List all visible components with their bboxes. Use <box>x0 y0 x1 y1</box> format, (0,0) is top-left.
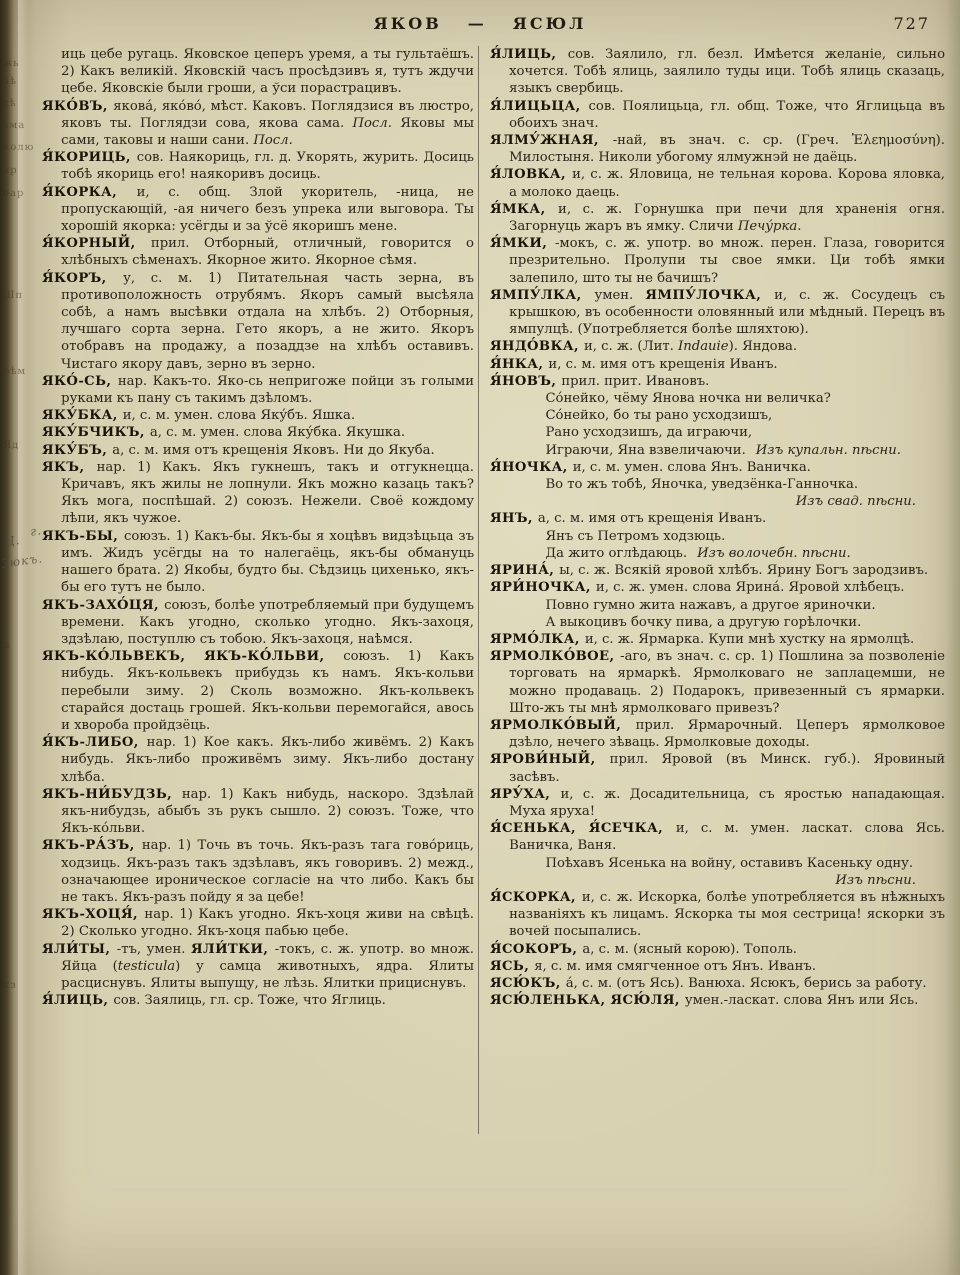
dictionary-entry: Я́ЛИЦЬЦА, сов. Поялицьца, гл. общ. Тоже,… <box>490 98 945 132</box>
verse-line: Со́нейко, чёму Янова ночка ни величка? <box>545 390 945 407</box>
dictionary-entry: Я́КОРИЦЬ, сов. Наякориць, гл. д. Укорять… <box>42 149 474 183</box>
dictionary-entry: ЯКО́ВЪ, якова́, яко́во́, мѣст. Каковъ. П… <box>42 98 474 150</box>
dictionary-entry: ЯКЪ, нар. 1) Какъ. Якъ гукнешъ, такъ и о… <box>42 459 474 528</box>
headword: ЯКЪ-НИ́БУДЗЬ, <box>42 787 182 802</box>
dictionary-entry: ЯРМО́ЛКА, и, с. ж. Ярмарка. Купи мнѣ хус… <box>490 631 945 648</box>
entry-text: а, с. м. имя отъ крещенія Яковъ. Ни до Я… <box>112 443 435 458</box>
headword: Я́ЛОВКА, <box>490 167 572 182</box>
dictionary-entry: Я́СОКОРЪ, а, с. м. (ясный корою). Тополь… <box>490 941 945 958</box>
dictionary-entry: ЯРОВИ́НЫЙ, прил. Яровой (въ Минск. губ.)… <box>490 751 945 785</box>
dictionary-entry: ЯСЬ, я, с. м. имя смягченное отъ Янъ. Ив… <box>490 958 945 975</box>
headword: ЯКЪ, <box>42 460 97 475</box>
entry-text: а, с. м. имя отъ крещенія Иванъ. <box>538 511 766 526</box>
verse-text: Со́нейко, бо ты рано усходзишъ, <box>545 408 772 423</box>
verse-line: Повно гумно жита нажавъ, а другое яриноч… <box>545 597 945 614</box>
verse-line: Да жито оглѣдаюць.Изъ волочебн. пѣсни. <box>545 545 945 562</box>
headword: Я́СКОРКА, <box>490 890 582 905</box>
verse-text: Поѣхавъ Ясенька на войну, оставивъ Касен… <box>545 856 913 871</box>
headword: Я́КОРЪ, <box>42 271 123 286</box>
dictionary-entry: ЯКЪ-БЫ, союзъ. 1) Какъ-бы. Якъ-бы я хоцѣ… <box>42 528 474 597</box>
entry-text: прил. прит. Ивановъ. <box>561 374 709 389</box>
entry-text: у, с. м. 1) Питательная часть зерна, въ … <box>61 271 474 372</box>
headword: ЯНДО́ВКА, <box>490 339 584 354</box>
gutter-text-fragment: жь <box>3 58 20 69</box>
entry-text: нар. 1) Какъ. Якъ гукнешъ, такъ и отгукн… <box>61 460 474 527</box>
dictionary-entry: Я́ЛИЦЬ, сов. Заялило, гл. безл. Имѣется … <box>490 46 945 98</box>
entry-italic-text: testicula <box>118 959 175 974</box>
entry-italic-text: Indauie <box>678 339 729 354</box>
dictionary-entry: ЯКУ́БЧИКЪ, а, с. м. умен. слова Яку́бка.… <box>42 424 474 441</box>
headword: ЯЛИ́ТЫ, <box>42 942 117 957</box>
running-title-left-word: ЯКОВ <box>374 14 442 33</box>
verse-quotation: Янъ съ Петромъ ходзюць.Да жито оглѣдаюць… <box>490 528 945 562</box>
dictionary-entry: ЯЛМУ́ЖНАЯ, -най, въ знач. с. ср. (Греч. … <box>490 132 945 166</box>
verse-text: Во то жъ тобѣ, Яночка, уведзёнка-Ганночк… <box>545 477 858 492</box>
verse-line: А выкоцивъ бочку пива, а другую горѣлочк… <box>545 614 945 631</box>
handwritten-margin-note: Ц. <box>3 533 21 549</box>
dictionary-entry: ЯКЪ-НИ́БУДЗЬ, нар. 1) Какъ нибудь, наско… <box>42 786 474 838</box>
dictionary-entry: Я́МКИ, -мокъ, с. ж. употр. во множ. пере… <box>490 235 945 287</box>
verse-source: Изъ волочебн. пѣсни. <box>697 546 851 561</box>
headword: Я́МКИ, <box>490 236 555 251</box>
dictionary-entry: Я́ЛИЦЬ, сов. Заялиць, гл. ср. Тоже, что … <box>42 992 474 1009</box>
entry-text: и, с. ж. Яловица, не тельная корова. Кор… <box>509 167 945 199</box>
headword: ЯКУ́БЧИКЪ, <box>42 425 150 440</box>
gutter-text-fragment: яр <box>3 165 18 176</box>
verse-line: Изъ свад. пѣсни. <box>545 493 945 510</box>
verse-text: Повно гумно жита нажавъ, а другое яриноч… <box>545 598 875 613</box>
gutter-text-fragment: Шп <box>3 290 23 301</box>
dictionary-entry: ЯМПУ́ЛКА, умен. ЯМПУ́ЛОЧКА, и, с. ж. Сос… <box>490 287 945 339</box>
dictionary-entry: Я́КЪ-ЛИБО, нар. 1) Кое какъ. Якъ-либо жи… <box>42 734 474 786</box>
gutter-text-fragment: аѣ <box>3 76 17 87</box>
entry-text: а́, с. м. (отъ Ясь). Ванюха. Ясюкъ, бери… <box>566 976 927 991</box>
verse-text: Янъ съ Петромъ ходзюць. <box>545 529 725 544</box>
column-right: Я́ЛИЦЬ, сов. Заялило, гл. безл. Имѣется … <box>490 46 945 1009</box>
dictionary-entry: Я́КОРКА, и, с. общ. Злой укоритель, -ниц… <box>42 184 474 236</box>
headword-secondary: ЯЛИ́ТКИ, <box>191 942 275 957</box>
headword: Я́СОКОРЪ, <box>490 942 582 957</box>
dictionary-page: ЯКОВ—ЯСЮЛ 727 иць цебе ругаць. Яковское … <box>0 0 960 1275</box>
headword: ЯРМОЛКО́ВЫЙ, <box>490 718 636 733</box>
verse-line: Во то жъ тобѣ, Яночка, уведзёнка-Ганночк… <box>545 476 945 493</box>
verse-quotation: Во то жъ тобѣ, Яночка, уведзёнка-Ганночк… <box>490 476 945 510</box>
headword: ЯКУ́БЪ, <box>42 443 112 458</box>
entry-text: . <box>797 219 801 234</box>
headword: Я́ЛИЦЬ, <box>42 993 113 1008</box>
entry-text: и, с. ж. умен. слова Ярина́. Яровой хлѣб… <box>596 580 905 595</box>
headword: Я́КОРКА, <box>42 185 137 200</box>
dictionary-entry: ЯРМОЛКО́ВОЕ, -аго, въ знач. с. ср. 1) По… <box>490 648 945 717</box>
entry-text: и, с. ж. Ярмарка. Купи мнѣ хустку на ярм… <box>585 632 914 647</box>
dictionary-entry: Я́МКА, и, с. ж. Горнушка при печи для хр… <box>490 201 945 235</box>
dictionary-entry: ЯКУ́БКА, и, с. м. умен. слова Яку́бъ. Яш… <box>42 407 474 424</box>
dictionary-entry: ЯСЮ́КЪ, а́, с. м. (отъ Ясь). Ванюха. Ясю… <box>490 975 945 992</box>
dictionary-entry: ЯРМОЛКО́ВЫЙ, прил. Ярмарочный. Цеперъ яр… <box>490 717 945 751</box>
verse-line: Янъ съ Петромъ ходзюць. <box>545 528 945 545</box>
running-title-separator: — <box>468 14 487 33</box>
verse-line: Рано усходзишъ, да играючи, <box>545 424 945 441</box>
verse-quotation: Поѣхавъ Ясенька на войну, оставивъ Касен… <box>490 855 945 889</box>
headword: ЯКО́-СЬ, <box>42 374 118 389</box>
gutter-text-fragment: оар <box>3 188 24 199</box>
gutter-text-fragment: сѣ <box>3 98 17 109</box>
verse-text: Рано усходзишъ, да играючи, <box>545 425 752 440</box>
gutter-text-fragment: ьма <box>3 120 25 131</box>
dictionary-entry: ЯЛИ́ТЫ, -тъ, умен. ЯЛИ́ТКИ, -токъ, с. ж.… <box>42 941 474 993</box>
dictionary-entry: Я́НКА, и, с. м. имя отъ крещенія Иванъ. <box>490 356 945 373</box>
dictionary-entry: ЯНДО́ВКА, и, с. ж. (Лит. Indauie). Яндов… <box>490 338 945 355</box>
verse-quotation: Повно гумно жита нажавъ, а другое яриноч… <box>490 597 945 631</box>
verse-text: Играючи, Яна взвеличаючи. <box>545 443 745 458</box>
entry-text: -тъ, умен. <box>117 942 191 957</box>
headword: ЯКО́ВЪ, <box>42 99 113 114</box>
dictionary-entry: Я́НОЧКА, и, с. м. умен. слова Янъ. Ванич… <box>490 459 945 476</box>
dictionary-entry: Я́НОВЪ, прил. прит. Ивановъ. <box>490 373 945 390</box>
entry-text: и, с. м. умен. слова Яку́бъ. Яшка. <box>123 408 355 423</box>
headword: Я́НКА, <box>490 357 548 372</box>
dictionary-entry: Я́КОРНЫЙ, прил. Отборный, отличный, гово… <box>42 235 474 269</box>
dictionary-entry: ЯКО́-СЬ, нар. Какъ-то. Яко-сь непригоже … <box>42 373 474 407</box>
page-number: 727 <box>893 14 930 33</box>
headword-secondary: ЯМПУ́ЛОЧКА, <box>645 288 774 303</box>
headword: ЯКЪ-КО́ЛЬВЕКЪ, ЯКЪ-КО́ЛЬВИ, <box>42 649 343 664</box>
gutter-text-fragment: колю <box>3 142 34 153</box>
headword: ЯРУ́ХА, <box>490 787 560 802</box>
gutter-text-fragment: рѣм <box>3 366 26 377</box>
entry-text: союзъ. 1) Какъ-бы. Якъ-бы я хоцѣвъ видзѣ… <box>61 529 474 596</box>
dictionary-entry: Я́КОРЪ, у, с. м. 1) Питательная часть зе… <box>42 270 474 373</box>
entry-text: ы, с. ж. Всякій яровой хлѣбъ. Ярину Богъ… <box>559 563 928 578</box>
entry-text: -мокъ, с. ж. употр. во множ. перен. Глаз… <box>509 236 945 285</box>
entry-text: я, с. м. имя смягченное отъ Янъ. Иванъ. <box>534 959 816 974</box>
headword: ЯНЪ, <box>490 511 538 526</box>
headword: ЯРМОЛКО́ВОЕ, <box>490 649 620 664</box>
headword: ЯСЮ́КЪ, <box>490 976 566 991</box>
entry-text: умен. <box>594 288 645 303</box>
entry-text: и, с. ж. (Лит. <box>584 339 678 354</box>
headword: ЯСЮ́ЛЕНЬКА, ЯСЮ́ЛЯ, <box>490 993 685 1008</box>
verse-source: Изъ свад. пѣсни. <box>796 494 916 509</box>
verse-line: Играючи, Яна взвеличаючи.Изъ купальн. пѣ… <box>545 442 945 459</box>
headword: Я́КЪ-ЛИБО, <box>42 735 147 750</box>
dictionary-entry: ЯКЪ-ЗАХО́ЦЯ, союзъ, болѣе употребляемый … <box>42 597 474 649</box>
dictionary-entry: ЯКУ́БЪ, а, с. м. имя отъ крещенія Яковъ.… <box>42 442 474 459</box>
dictionary-entry: ЯРИНА́, ы, с. ж. Всякій яровой хлѣбъ. Яр… <box>490 562 945 579</box>
gutter-text-fragment: Яд <box>3 440 19 451</box>
entry-text: а, с. м. умен. слова Яку́бка. Якушка. <box>150 425 405 440</box>
verse-text: А выкоцивъ бочку пива, а другую горѣлочк… <box>545 615 861 630</box>
headword: ЯСЬ, <box>490 959 534 974</box>
entry-italic-text: Печу́рка <box>738 219 797 234</box>
right-page-edge-ghost <box>946 0 960 1275</box>
verse-line: Со́нейко, бо ты рано усходзишъ, <box>545 407 945 424</box>
page-header: ЯКОВ—ЯСЮЛ 727 <box>0 14 960 40</box>
headword: Я́МКА, <box>490 202 558 217</box>
dictionary-entry: Я́СКОРКА, и, с. ж. Искорка, болѣе употре… <box>490 889 945 941</box>
headword: ЯЛМУ́ЖНАЯ, <box>490 133 613 148</box>
dictionary-entry: Я́СЕНЬКА, Я́СЕЧКА, и, с. м. умен. ласкат… <box>490 820 945 854</box>
headword: ЯКУ́БКА, <box>42 408 123 423</box>
verse-line: Изъ пѣсни. <box>545 872 945 889</box>
entry-text: ). Яндова. <box>729 339 798 354</box>
headword: Я́ЛИЦЬЦА, <box>490 99 589 114</box>
headword: ЯКЪ-БЫ, <box>42 529 124 544</box>
dictionary-entry: ЯСЮ́ЛЕНЬКА, ЯСЮ́ЛЯ, умен.-ласкат. слова … <box>490 992 945 1009</box>
entry-text: иць цебе ругаць. Яковское цеперъ уремя, … <box>61 47 474 96</box>
entry-text: нар. Какъ-то. Яко-сь непригоже пойци зъ … <box>61 374 474 406</box>
dictionary-entry: ЯКЪ-РА́ЗЪ, нар. 1) Точь въ точь. Якъ-раз… <box>42 837 474 906</box>
dictionary-entry: ЯКЪ-ХОЦЯ́, нар. 1) Какъ угодно. Якъ-хоця… <box>42 906 474 940</box>
headword: ЯРИ́НОЧКА, <box>490 580 596 595</box>
verse-text: Да жито оглѣдаюць. <box>545 546 687 561</box>
headword: Я́ЛИЦЬ, <box>490 47 568 62</box>
headword: Я́НОЧКА, <box>490 460 573 475</box>
verse-source: Изъ купальн. пѣсни. <box>756 443 901 458</box>
handwritten-margin-note: г. <box>29 523 43 539</box>
entry-text: и, с. ж. Горнушка при печи для храненія … <box>509 202 945 234</box>
headword: ЯКЪ-ХОЦЯ́, <box>42 907 144 922</box>
entry-text: сов. Заялиць, гл. ср. Тоже, что Яглиць. <box>113 993 385 1008</box>
entry-text: а, с. м. (ясный корою). Тополь. <box>582 942 797 957</box>
dictionary-entry: иць цебе ругаць. Яковское цеперъ уремя, … <box>42 46 474 98</box>
headword: Я́КОРНЫЙ, <box>42 236 151 251</box>
verse-quotation: Со́нейко, чёму Янова ночка ни величка?Со… <box>490 390 945 459</box>
headword: ЯКЪ-ЗАХО́ЦЯ, <box>42 598 164 613</box>
dictionary-entry: ЯНЪ, а, с. м. имя отъ крещенія Иванъ. <box>490 510 945 527</box>
entry-text: и, с. ж. Досадительница, съ яростью напа… <box>509 787 945 819</box>
headword: Я́НОВЪ, <box>490 374 561 389</box>
headword: ЯРИНА́, <box>490 563 559 578</box>
verse-line: Поѣхавъ Ясенька на войну, оставивъ Касен… <box>545 855 945 872</box>
dictionary-entry: ЯРУ́ХА, и, с. ж. Досадительница, съ ярос… <box>490 786 945 820</box>
entry-italic-text: Посл. <box>253 133 292 148</box>
headword: ЯРМО́ЛКА, <box>490 632 585 647</box>
verse-text: Со́нейко, чёму Янова ночка ни величка? <box>545 391 830 406</box>
running-title: ЯКОВ—ЯСЮЛ <box>0 14 960 33</box>
headword: ЯКЪ-РА́ЗЪ, <box>42 838 142 853</box>
verse-source: Изъ пѣсни. <box>835 873 916 888</box>
headword: ЯМПУ́ЛКА, <box>490 288 594 303</box>
entry-text: сов. Заялило, гл. безл. Имѣется желаніе,… <box>509 47 945 96</box>
entry-text: умен.-ласкат. слова Янъ или Ясь. <box>685 993 918 1008</box>
dictionary-entry: ЯРИ́НОЧКА, и, с. ж. умен. слова Ярина́. … <box>490 579 945 596</box>
entry-text: и, с. м. умен. слова Янъ. Ваничка. <box>573 460 811 475</box>
dictionary-entry: ЯКЪ-КО́ЛЬВЕКЪ, ЯКЪ-КО́ЛЬВИ, союзъ. 1) Ка… <box>42 648 474 734</box>
column-left: иць цебе ругаць. Яковское цеперъ уремя, … <box>42 46 474 1009</box>
dictionary-entry: Я́ЛОВКА, и, с. ж. Яловица, не тельная ко… <box>490 166 945 200</box>
running-title-right-word: ЯСЮЛ <box>513 14 587 33</box>
gutter-text-fragment: кз <box>3 980 17 991</box>
column-divider-rule <box>478 46 479 1134</box>
entry-text: и, с. м. имя отъ крещенія Иванъ. <box>548 357 777 372</box>
headword: Я́СЕНЬКА, Я́СЕЧКА, <box>490 821 676 836</box>
gutter-text-fragment: п <box>3 640 11 651</box>
headword: Я́КОРИЦЬ, <box>42 150 137 165</box>
entry-italic-text: Посл. <box>352 116 391 131</box>
headword: ЯРОВИ́НЫЙ, <box>490 752 610 767</box>
